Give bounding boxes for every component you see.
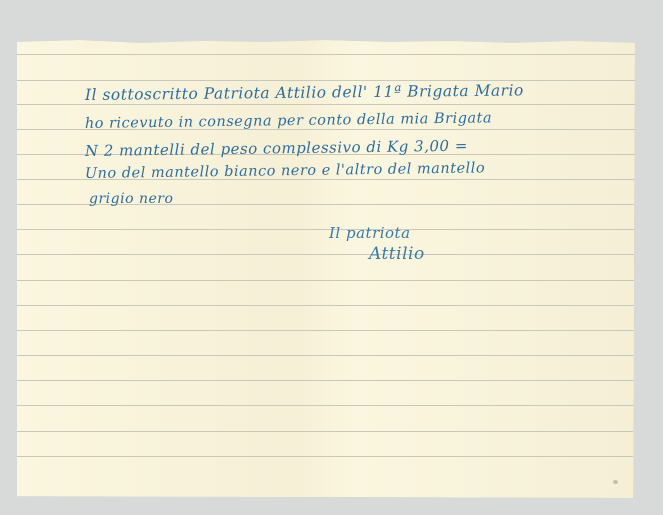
ink-stain (613, 480, 618, 484)
handwritten-line-5: grigio nero (89, 191, 173, 207)
ruled-line (17, 54, 635, 55)
ruled-line (17, 380, 635, 381)
ruled-line (17, 456, 635, 457)
signature-name: Attilio (369, 244, 425, 264)
ruled-paper-sheet: Il sottoscritto Patriota Attilio dell' 1… (17, 40, 635, 498)
ruled-line (17, 254, 635, 255)
handwritten-line-1: Il sottoscritto Patriota Attilio dell' 1… (85, 81, 524, 104)
ruled-line (17, 280, 635, 281)
ruled-line (17, 229, 635, 230)
ruled-line (17, 355, 635, 356)
ruled-line (17, 80, 635, 81)
ruled-line (17, 330, 635, 331)
ruled-line (17, 305, 635, 306)
handwritten-line-3: N 2 mantelli del peso complessivo di Kg … (85, 137, 468, 160)
ruled-line (17, 405, 635, 406)
ruled-line (17, 104, 635, 105)
ruled-line (17, 431, 635, 432)
signature-title: Il patriota (329, 224, 411, 242)
